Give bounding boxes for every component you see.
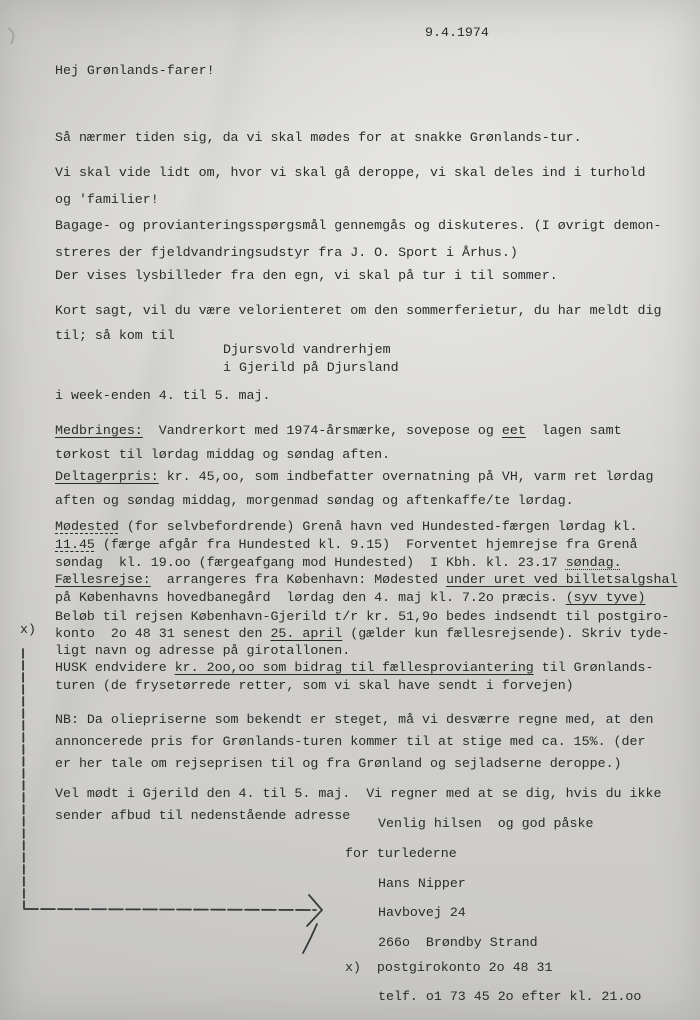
underlined-text: kr. 2oo,oo som bidrag til fællesproviant… [175,660,534,675]
text-run: (færge afgår fra Hundested kl. 9.15) For… [95,537,638,552]
text-run: Vandrerkort med 1974-årsmærke, sovepose … [143,423,502,438]
text-run: HUSK endvidere [55,660,175,675]
venue-address: Djursvold vandrerhjem i Gjerild på Djurs… [223,341,399,377]
text-line: tørkost til lørdag middag og søndag afte… [55,443,622,467]
text-run: streres der fjeldvandringsudstyr fra J. … [55,245,518,260]
text-run: NB: Da oliepriserne som bekendt er stege… [55,712,653,727]
text-run: Bagage- og provianteringsspørgsmål genne… [55,218,661,233]
text-line: annoncerede pris for Grønlands-turen kom… [55,731,653,753]
letter-date: 9.4.1974 [425,25,489,40]
paragraph-beloeb: Beløb til rejsen København-Gjerild t/r k… [55,608,669,659]
underlined-text: 25. april [270,626,342,641]
text-run: og 'familier! [55,192,159,207]
phone-note: telf. o1 73 45 2o efter kl. 21.oo [378,989,641,1004]
text-run: kr. 45,oo, som indbefatter overnatning p… [159,469,654,484]
text-line: Deltagerpris: kr. 45,oo, som indbefatter… [55,465,653,489]
underlined-text: Deltagerpris: [55,469,159,484]
text-line: Vi skal vide lidt om, hvor vi skal gå de… [55,159,645,186]
closing-text: for turlederne [345,846,457,861]
text-line: streres der fjeldvandringsudstyr fra J. … [55,239,661,266]
text-run: i Gjerild på Djursland [223,360,399,375]
text-line: ligt navn og adresse på girotallonen. [55,642,669,659]
text-run: Kort sagt, vil du være velorienteret om … [55,303,661,318]
paragraph-lysbilleder: Der vises lysbilleder fra den egn, vi sk… [55,268,558,283]
signer-city-text: 266o Brøndby Strand [378,935,538,950]
text-line: Så nærmer tiden sig, da vi skal mødes fo… [55,130,582,145]
text-line: Djursvold vandrerhjem [223,341,399,359]
closing-for-turlederne: for turlederne [345,846,457,861]
text-line: Medbringes: Vandrerkort med 1974-årsmærk… [55,419,622,443]
phone-text: telf. o1 73 45 2o efter kl. 21.oo [378,989,641,1004]
text-run: ligt navn og adresse på girotallonen. [55,643,350,658]
underlined-text: 11.45 [55,537,95,552]
text-line: og 'familier! [55,186,645,213]
text-run: på Københavns hovedbanegård lørdag den 4… [55,590,566,605]
text-line: i Gjerild på Djursland [223,359,399,377]
text-line: turen (de frysetørrede retter, som vi sk… [55,677,653,695]
signer-street-text: Havbovej 24 [378,905,466,920]
signer-name: Hans Nipper [378,876,466,891]
text-run: Så nærmer tiden sig, da vi skal mødes fo… [55,130,582,145]
text-line: er her tale om rejseprisen til og fra Gr… [55,753,653,775]
text-run: Der vises lysbilleder fra den egn, vi sk… [55,268,558,283]
text-line: aften og søndag middag, morgenmad søndag… [55,489,653,513]
paragraph-moedested: Mødested (for selvbefordrende) Grenå hav… [55,518,638,572]
closing-salutation: Venlig hilsen og god påske [378,816,593,831]
text-line: Mødested (for selvbefordrende) Grenå hav… [55,518,638,536]
paragraph-husk: HUSK endvidere kr. 2oo,oo som bidrag til… [55,659,653,695]
text-run: Djursvold vandrerhjem [223,342,391,357]
text-run: annoncerede pris for Grønlands-turen kom… [55,734,645,749]
postgiro-text: x) postgirokonto 2o 48 31 [345,960,552,975]
text-run: Beløb til rejsen København-Gjerild t/r k… [55,609,669,624]
text-run: er her tale om rejseprisen til og fra Gr… [55,756,622,771]
text-run: lagen samt [526,423,622,438]
text-run: arrangeres fra København: Mødested [151,572,446,587]
underlined-text: eet [502,423,526,438]
underlined-text: Mødested [55,519,119,534]
text-line: søndag kl. 19.oo (færgeafgang mod Hundes… [55,554,638,572]
underlined-text: (syv tyve) [566,590,646,605]
text-run: konto 2o 48 31 senest den [55,626,270,641]
text-line: på Københavns hovedbanegård lørdag den 4… [55,589,677,607]
text-run: (for selvbefordrende) Grenå havn ved Hun… [119,519,638,534]
pencil-mark [8,28,13,44]
paragraph-weekend: i week-enden 4. til 5. maj. [55,388,270,403]
text-line: Beløb til rejsen København-Gjerild t/r k… [55,608,669,625]
text-run: til Grønlands- [534,660,654,675]
text-run: sender afbud til nedenstående adresse [55,808,350,823]
underlined-text: søndag. [566,555,622,570]
text-line: Kort sagt, vil du være velorienteret om … [55,298,661,323]
text-line: 11.45 (færge afgår fra Hundested kl. 9.1… [55,536,638,554]
text-run: i week-enden 4. til 5. maj. [55,388,270,403]
date-text: 9.4.1974 [425,25,489,40]
text-line: Vel mødt i Gjerild den 4. til 5. maj. Vi… [55,783,661,805]
text-run: søndag kl. 19.oo (færgeafgang mod Hundes… [55,555,566,570]
underlined-text: under uret ved billetsalgshal [446,572,677,587]
paragraph-intro: Så nærmer tiden sig, da vi skal mødes fo… [55,130,582,145]
paragraph-deltagerpris: Deltagerpris: kr. 45,oo, som indbefatter… [55,465,653,513]
letter-page: 9.4.1974 Hej Grønlands-farer! Så nærmer … [0,0,700,1020]
text-run: Vel mødt i Gjerild den 4. til 5. maj. Vi… [55,786,661,801]
text-run: Vi skal vide lidt om, hvor vi skal gå de… [55,165,645,180]
text-line: Der vises lysbilleder fra den egn, vi sk… [55,268,558,283]
paragraph-faellesrejse: Fællesrejse: arrangeres fra København: M… [55,571,677,607]
text-run: turen (de frysetørrede retter, som vi sk… [55,678,574,693]
greeting: Hej Grønlands-farer! [55,63,215,78]
text-run: Hej Grønlands-farer! [55,63,215,78]
underlined-text: Medbringes: [55,423,143,438]
paragraph-medbringes: Medbringes: Vandrerkort med 1974-årsmærk… [55,419,622,467]
paragraph-nb: NB: Da oliepriserne som bekendt er stege… [55,709,653,775]
text-line: i week-enden 4. til 5. maj. [55,388,270,403]
margin-note-x: x) [20,622,36,637]
text-line: Fællesrejse: arrangeres fra København: M… [55,571,677,589]
closing-text: Venlig hilsen og god påske [378,816,593,831]
text-line: Bagage- og provianteringsspørgsmål genne… [55,212,661,239]
text-line: konto 2o 48 31 senest den 25. april (gæl… [55,625,669,642]
text-run: tørkost til lørdag middag og søndag afte… [55,447,390,462]
text-run: (gælder kun fællesrejsende). Skriv tyde- [342,626,669,641]
signer-street: Havbovej 24 [378,905,466,920]
margin-note-text: x) [20,622,36,637]
paragraph-turhold: Vi skal vide lidt om, hvor vi skal gå de… [55,159,645,213]
postgiro-note: x) postgirokonto 2o 48 31 [345,960,552,975]
text-line: HUSK endvidere kr. 2oo,oo som bidrag til… [55,659,653,677]
text-line: NB: Da oliepriserne som bekendt er stege… [55,709,653,731]
text-run: aften og søndag middag, morgenmad søndag… [55,493,574,508]
paragraph-bagage: Bagage- og provianteringsspørgsmål genne… [55,212,661,266]
underlined-text: Fællesrejse: [55,572,151,587]
text-line: Hej Grønlands-farer! [55,63,215,78]
signer-name-text: Hans Nipper [378,876,466,891]
text-run: til; så kom til [55,328,175,343]
signer-city: 266o Brøndby Strand [378,935,538,950]
